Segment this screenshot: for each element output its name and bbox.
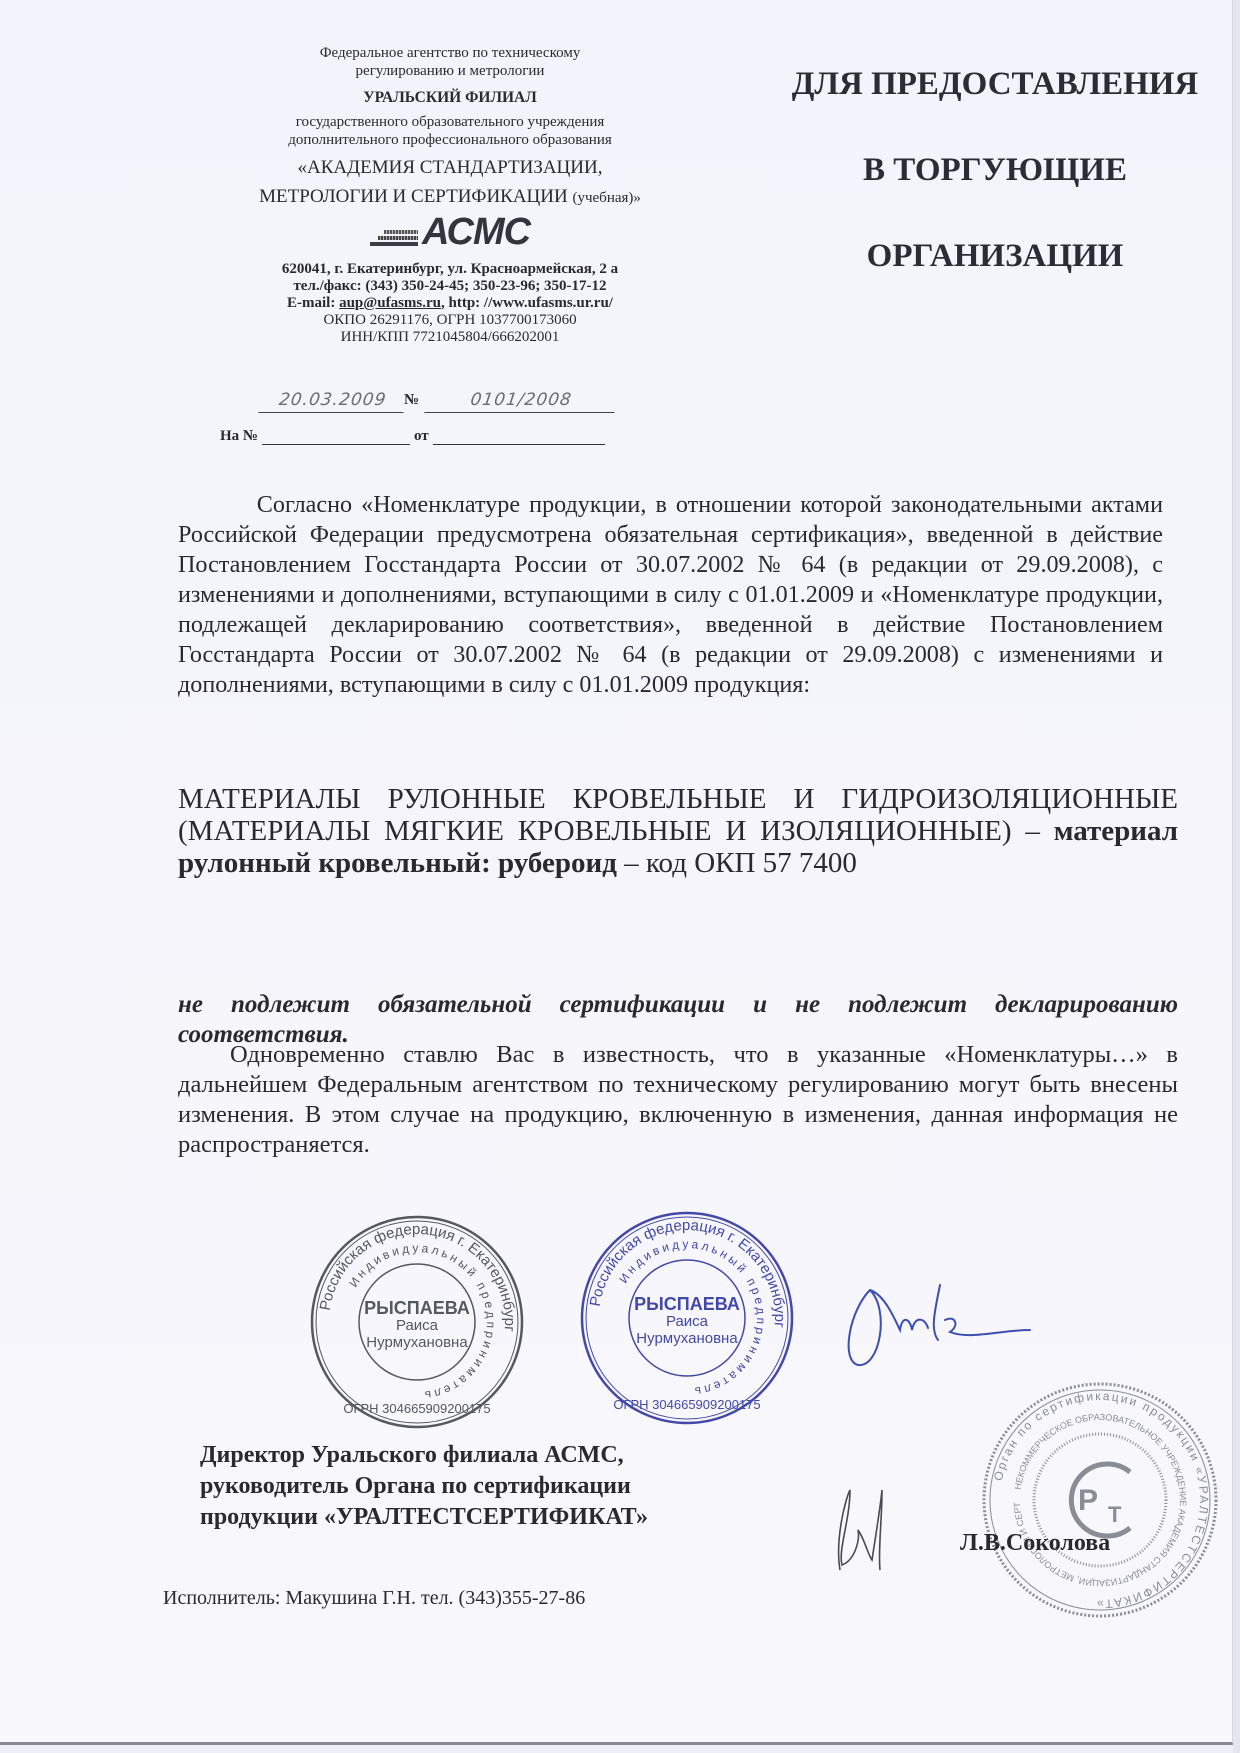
registration-number: 0101/2008	[424, 390, 617, 413]
asms-logo: АСМС	[215, 211, 685, 251]
institution-line2: дополнительного профессионального образо…	[215, 131, 685, 149]
institution-line1: государственного образовательного учрежд…	[215, 113, 685, 131]
address: 620041, г. Екатеринбург, ул. Красноармей…	[215, 261, 685, 278]
letterhead: Федеральное агентство по техническому ре…	[215, 44, 685, 346]
paragraph-nomenclature: Согласно «Номенклатуре продукции, в отно…	[178, 490, 1163, 700]
contacts-block: 620041, г. Екатеринбург, ул. Красноармей…	[215, 261, 685, 346]
notice-line2: В ТОРГУЮЩИЕ	[775, 150, 1215, 236]
signer-name: Л.В.Соколова	[960, 1530, 1110, 1557]
notice-line1: ДЛЯ ПРЕДОСТАВЛЕНИЯ	[775, 64, 1215, 150]
product-category: МАТЕРИАЛЫ РУЛОННЫЕ КРОВЕЛЬНЫЕ И ГИДРОИЗО…	[178, 783, 1178, 847]
product-code: – код ОКП 57 7400	[617, 847, 857, 879]
svg-text:ОГРН 304665909200175: ОГРН 304665909200175	[613, 1397, 760, 1412]
signature-blue-icon	[840, 1270, 1040, 1380]
signoff-line2: руководитель Органа по сертификации	[200, 1471, 648, 1502]
academy-line2: МЕТРОЛОГИИ И СЕРТИФИКАЦИИ (учебная)»	[215, 186, 685, 209]
distribution-notice: ДЛЯ ПРЕДОСТАВЛЕНИЯ В ТОРГУЮЩИЕ ОРГАНИЗАЦ…	[775, 64, 1215, 322]
signoff-line1: Директор Уральского филиала АСМС,	[200, 1440, 648, 1471]
scan-edge	[1233, 0, 1240, 1753]
stamp-holder-name: РЫСПАЕВА Раиса Нурмухановна	[578, 1296, 796, 1347]
number-sign: №	[404, 392, 419, 409]
agency-name-line1: Федеральное агентство по техническому	[215, 44, 685, 62]
svg-text:Орган по сертификации продукци: Орган по сертификации продукции «УРАЛТЕС…	[991, 1389, 1211, 1611]
stamp-entrepreneur-1: Российская федерация г. Екатеринбург Инд…	[308, 1213, 526, 1431]
signoff-line3: продукции «УРАЛТЕСТСЕРТИФИКАТ»	[200, 1502, 648, 1533]
registration-line: 20.03.2009 № 0101/2008	[258, 390, 618, 416]
academy-suffix: (учебная)»	[572, 190, 640, 206]
stamp-certification-body: Орган по сертификации продукции «УРАЛТЕС…	[980, 1380, 1220, 1620]
stamp-entrepreneur-2: Российская федерация г. Екатеринбург Инд…	[578, 1209, 796, 1427]
reference-line: На №от	[220, 428, 620, 445]
stamp-rst-icon: Орган по сертификации продукции «УРАЛТЕС…	[980, 1380, 1220, 1620]
signoff-title: Директор Уральского филиала АСМС, руково…	[200, 1440, 648, 1533]
ref-from-label: от	[414, 428, 429, 444]
phone-fax: тел./факс: (343) 350-24-45; 350-23-96; 3…	[215, 278, 685, 295]
ref-number-blank	[262, 430, 410, 445]
email-label: E-mail:	[287, 295, 339, 311]
agency-name-line2: регулированию и метрологии	[215, 62, 685, 80]
academy-line1: «АКАДЕМИЯ СТАНДАРТИЗАЦИИ,	[215, 157, 685, 178]
academy-line2-text: МЕТРОЛОГИИ И СЕРТИФИКАЦИИ	[259, 186, 568, 207]
signature-director-icon	[820, 1470, 900, 1580]
notice-line3: ОРГАНИЗАЦИИ	[775, 236, 1215, 322]
svg-text:P: P	[1078, 1484, 1098, 1517]
email-link[interactable]: aup@ufasms.ru	[339, 295, 441, 311]
ref-label: На №	[220, 428, 258, 444]
svg-text:T: T	[1108, 1502, 1122, 1527]
stamp-holder-name: РЫСПАЕВА Раиса Нурмухановна	[308, 1300, 526, 1351]
paragraph-notice: Одновременно ставлю Вас в известность, ч…	[178, 1040, 1178, 1160]
okpo-ogrn: ОКПО 26291176, ОГРН 1037700173060	[215, 312, 685, 329]
document-page: Федеральное агентство по техническому ре…	[0, 0, 1234, 1745]
logo-text: АСМС	[422, 213, 530, 251]
branch-name: УРАЛЬСКИЙ ФИЛИАЛ	[215, 89, 685, 107]
product-description: МАТЕРИАЛЫ РУЛОННЫЕ КРОВЕЛЬНЫЕ И ГИДРОИЗО…	[178, 783, 1178, 879]
logo-stripes-icon	[370, 230, 418, 246]
website[interactable]: , http: //www.ufasms.ur.ru/	[441, 295, 613, 311]
email-website: E-mail: aup@ufasms.ru, http: //www.ufasm…	[215, 295, 685, 312]
inn-kpp: ИНН/КПП 7721045804/666202001	[215, 329, 685, 346]
executor-info: Исполнитель: Макушина Г.Н. тел. (343)355…	[163, 1587, 585, 1610]
registration-date: 20.03.2009	[258, 390, 406, 413]
svg-text:ОГРН 304665909200175: ОГРН 304665909200175	[343, 1401, 490, 1416]
ref-date-blank	[433, 430, 605, 445]
